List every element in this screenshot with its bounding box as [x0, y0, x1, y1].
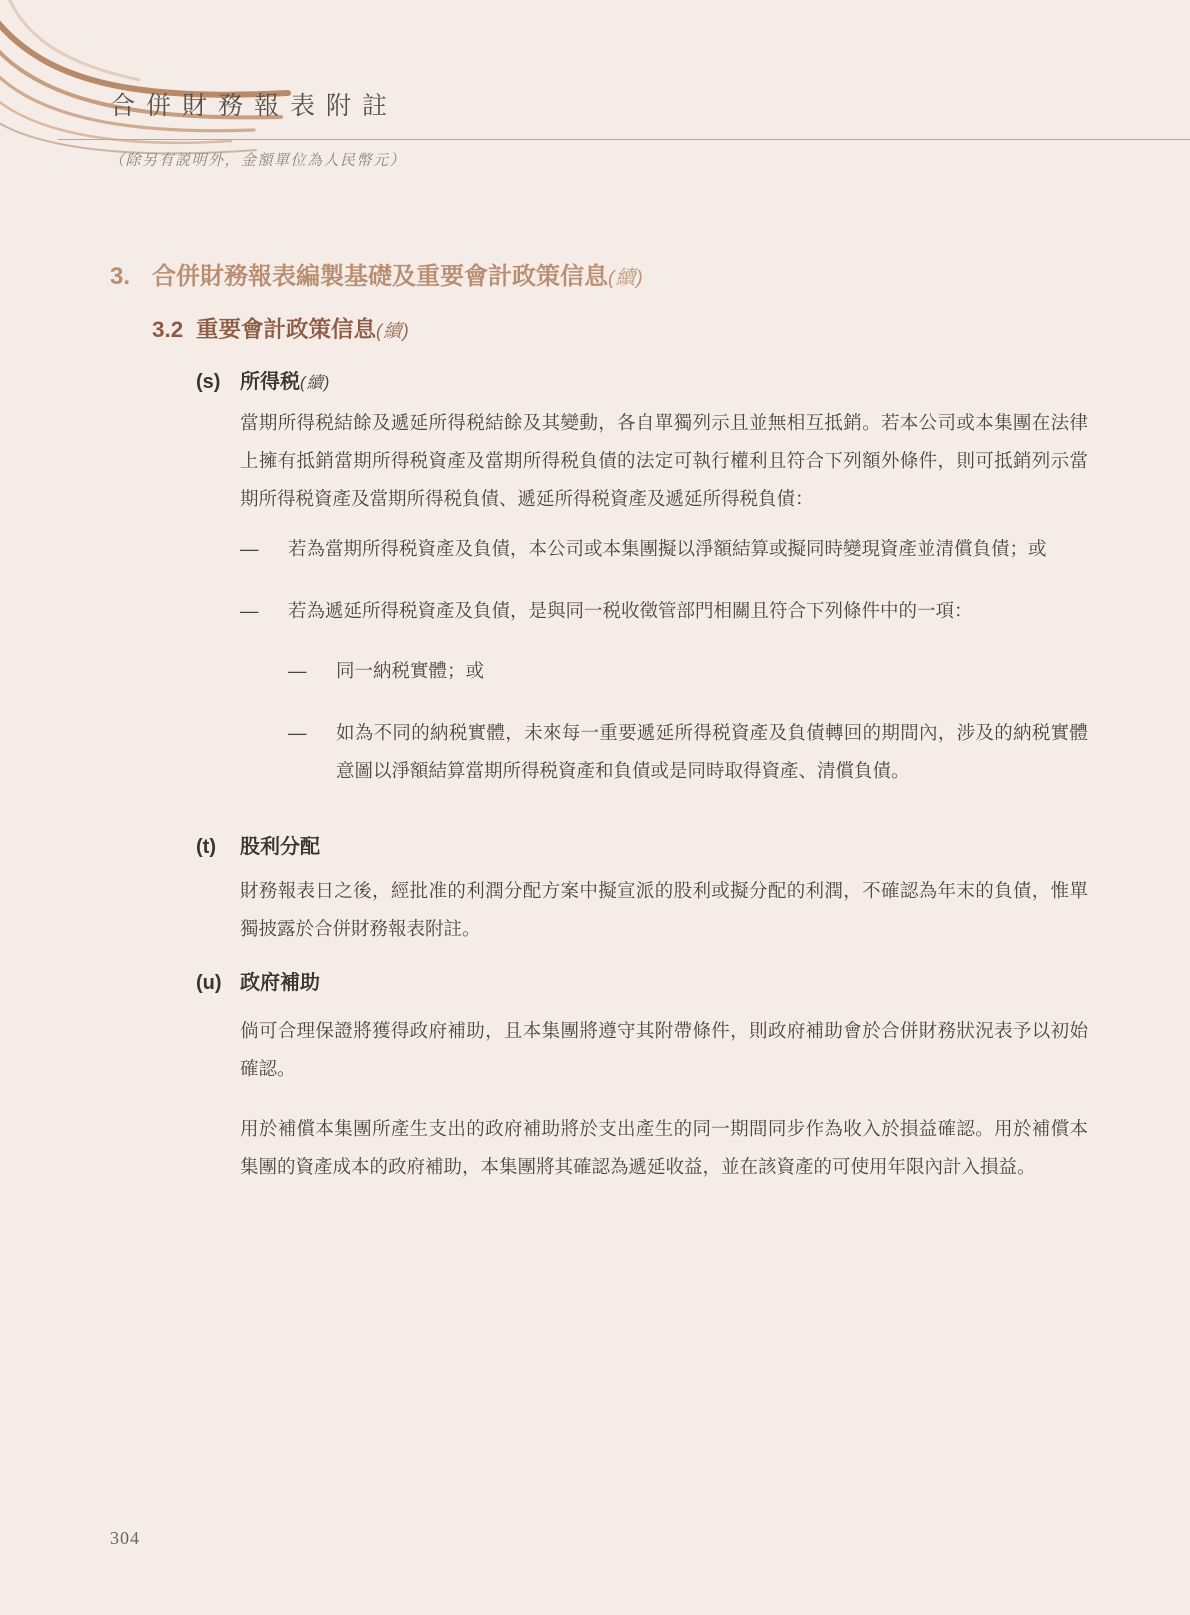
dash-marker: —: [288, 714, 336, 790]
section-heading: 3. 合併財務報表編製基礎及重要會計政策信息(續): [110, 260, 1088, 295]
item-s-title: 所得税(續): [240, 367, 1088, 398]
header-divider: [58, 139, 1190, 140]
item-u-label: (u): [196, 968, 240, 1186]
dash-marker: —: [288, 652, 336, 690]
main-content: 3. 合併財務報表編製基礎及重要會計政策信息(續) 3.2 重要會計政策信息(續…: [110, 260, 1088, 1186]
sub-bullet-list: — 同一納税實體；或 — 如為不同的納税實體，未來每一重要遞延所得税資產及負債轉…: [288, 652, 1088, 790]
subsection-title-text: 重要會計政策信息: [196, 317, 376, 342]
bullet-current-tax-text: 若為當期所得税資產及負債，本公司或本集團擬以淨額結算或擬同時變現資產並清償負債；…: [288, 530, 1088, 568]
subsection-number: 3.2: [152, 314, 196, 347]
bullet-current-tax: — 若為當期所得税資產及負債，本公司或本集團擬以淨額結算或擬同時變現資產並清償負…: [240, 530, 1088, 568]
item-u-paragraph-1: 倘可合理保證將獲得政府補助，且本集團將遵守其附帶條件，則政府補助會於合併財務狀況…: [240, 1012, 1088, 1088]
item-u-government-grants: (u) 政府補助 倘可合理保證將獲得政府補助，且本集團將遵守其附帶條件，則政府補…: [196, 968, 1088, 1186]
item-u-paragraph-2: 用於補償本集團所產生支出的政府補助將於支出產生的同一期間同步作為收入於損益確認。…: [240, 1110, 1088, 1186]
dash-marker: —: [240, 530, 288, 568]
item-s-intro-paragraph: 當期所得税結餘及遞延所得税結餘及其變動，各自單獨列示且並無相互抵銷。若本公司或本…: [240, 404, 1088, 518]
sub-bullet-different-entity-text: 如為不同的納税實體，未來每一重要遞延所得税資產及負債轉回的期間內，涉及的納税實體…: [336, 714, 1088, 790]
item-t-paragraph: 財務報表日之後，經批准的利潤分配方案中擬宣派的股利或擬分配的利潤，不確認為年末的…: [240, 872, 1088, 948]
section-title-text: 合併財務報表編製基礎及重要會計政策信息: [152, 263, 608, 290]
page-subtitle: （除另有説明外，金額單位為人民幣元）: [109, 149, 406, 170]
bullet-deferred-tax: — 若為遞延所得税資產及負債，是與同一税收徵管部門相關且符合下列條件中的一項：: [240, 592, 1088, 630]
item-t-label: (t): [196, 832, 240, 948]
item-s-continued-mark: (續): [300, 374, 330, 392]
bullet-deferred-tax-text: 若為遞延所得税資產及負債，是與同一税收徵管部門相關且符合下列條件中的一項：: [288, 592, 1088, 630]
sub-bullet-same-entity-text: 同一納税實體；或: [336, 652, 1088, 690]
sub-bullet-same-entity: — 同一納税實體；或: [288, 652, 1088, 690]
sub-bullet-different-entity: — 如為不同的納税實體，未來每一重要遞延所得税資產及負債轉回的期間內，涉及的納税…: [288, 714, 1088, 790]
section-number: 3.: [110, 260, 152, 295]
section-continued-mark: (續): [608, 267, 644, 289]
subsection-title: 重要會計政策信息(續): [196, 314, 410, 347]
item-t-title: 股利分配: [240, 832, 1088, 862]
page-number: 304: [110, 1528, 140, 1549]
subsection-continued-mark: (續): [376, 320, 410, 341]
item-t-dividend-distribution: (t) 股利分配 財務報表日之後，經批准的利潤分配方案中擬宣派的股利或擬分配的利…: [196, 832, 1088, 948]
subsection-heading: 3.2 重要會計政策信息(續): [152, 314, 1088, 347]
section-title: 合併財務報表編製基礎及重要會計政策信息(續): [152, 260, 644, 295]
item-s-title-text: 所得税: [240, 371, 300, 393]
item-u-title: 政府補助: [240, 968, 1088, 998]
item-s-income-tax: (s) 所得税(續) 當期所得税結餘及遞延所得税結餘及其變動，各自單獨列示且並無…: [196, 367, 1088, 790]
dash-marker: —: [240, 592, 288, 630]
page-title: 合併財務報表附註: [110, 86, 398, 122]
item-s-label: (s): [196, 367, 240, 790]
